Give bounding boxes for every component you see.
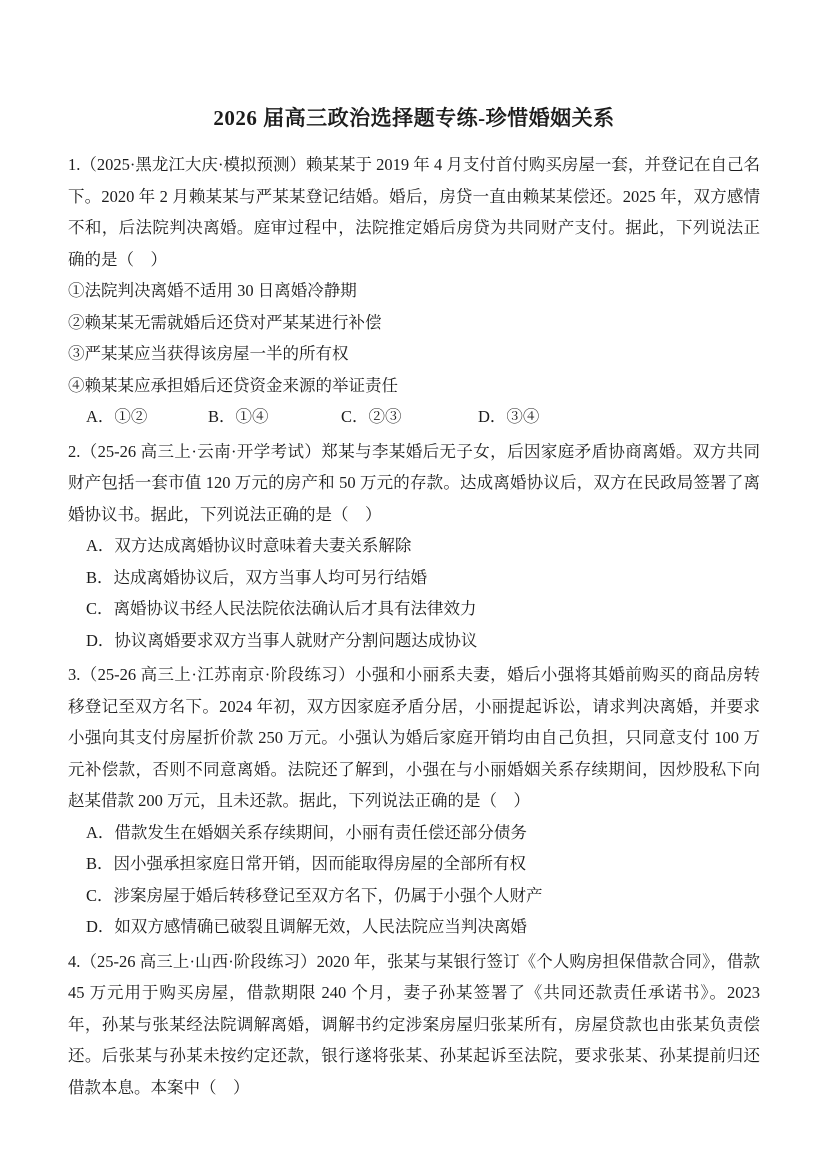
question-2-stem: 2.（25-26 高三上·云南·开学考试）郑某与李某婚后无子女，后因家庭矛盾协商… [68, 436, 760, 531]
question-1-statement-4: ④赖某某应承担婚后还贷资金来源的举证责任 [68, 370, 760, 402]
question-3-choice-a: A．借款发生在婚姻关系存续期间，小丽有责任偿还部分债务 [68, 817, 760, 849]
question-4: 4.（25-26 高三上·山西·阶段练习）2020 年，张某与某银行签订《个人购… [68, 946, 760, 1104]
question-4-stem: 4.（25-26 高三上·山西·阶段练习）2020 年，张某与某银行签订《个人购… [68, 946, 760, 1104]
question-1: 1.（2025·黑龙江大庆·模拟预测）赖某某于 2019 年 4 月支付首付购买… [68, 149, 760, 433]
question-3: 3.（25-26 高三上·江苏南京·阶段练习）小强和小丽系夫妻，婚后小强将其婚前… [68, 659, 760, 943]
question-3-choice-d: D．如双方感情确已破裂且调解无效，人民法院应当判决离婚 [68, 911, 760, 943]
question-2-choice-b: B．达成离婚协议后，双方当事人均可另行结婚 [68, 562, 760, 594]
question-2: 2.（25-26 高三上·云南·开学考试）郑某与李某婚后无子女，后因家庭矛盾协商… [68, 436, 760, 657]
exam-document-page: 2026 届高三政治选择题专练-珍惜婚姻关系 1.（2025·黑龙江大庆·模拟预… [0, 0, 827, 1169]
question-1-choice-a: A．①② [86, 401, 208, 433]
question-1-statement-1: ①法院判决离婚不适用 30 日离婚冷静期 [68, 275, 760, 307]
question-2-choice-a: A．双方达成离婚协议时意味着夫妻关系解除 [68, 530, 760, 562]
question-1-stem: 1.（2025·黑龙江大庆·模拟预测）赖某某于 2019 年 4 月支付首付购买… [68, 149, 760, 275]
question-1-choice-c: C．②③ [341, 401, 478, 433]
question-3-choice-c: C．涉案房屋于婚后转移登记至双方名下，仍属于小强个人财产 [68, 880, 760, 912]
question-1-statement-3: ③严某某应当获得该房屋一半的所有权 [68, 338, 760, 370]
question-3-choice-b: B．因小强承担家庭日常开销，因而能取得房屋的全部所有权 [68, 848, 760, 880]
question-1-statement-2: ②赖某某无需就婚后还贷对严某某进行补偿 [68, 307, 760, 339]
question-1-choice-row: A．①② B．①④ C．②③ D．③④ [68, 401, 760, 433]
question-2-choice-c: C．离婚协议书经人民法院依法确认后才具有法律效力 [68, 593, 760, 625]
page-title: 2026 届高三政治选择题专练-珍惜婚姻关系 [68, 100, 760, 136]
question-1-choice-d: D．③④ [478, 401, 539, 433]
question-2-choice-d: D．协议离婚要求双方当事人就财产分割问题达成协议 [68, 625, 760, 657]
question-1-choice-b: B．①④ [208, 401, 341, 433]
question-3-stem: 3.（25-26 高三上·江苏南京·阶段练习）小强和小丽系夫妻，婚后小强将其婚前… [68, 659, 760, 817]
